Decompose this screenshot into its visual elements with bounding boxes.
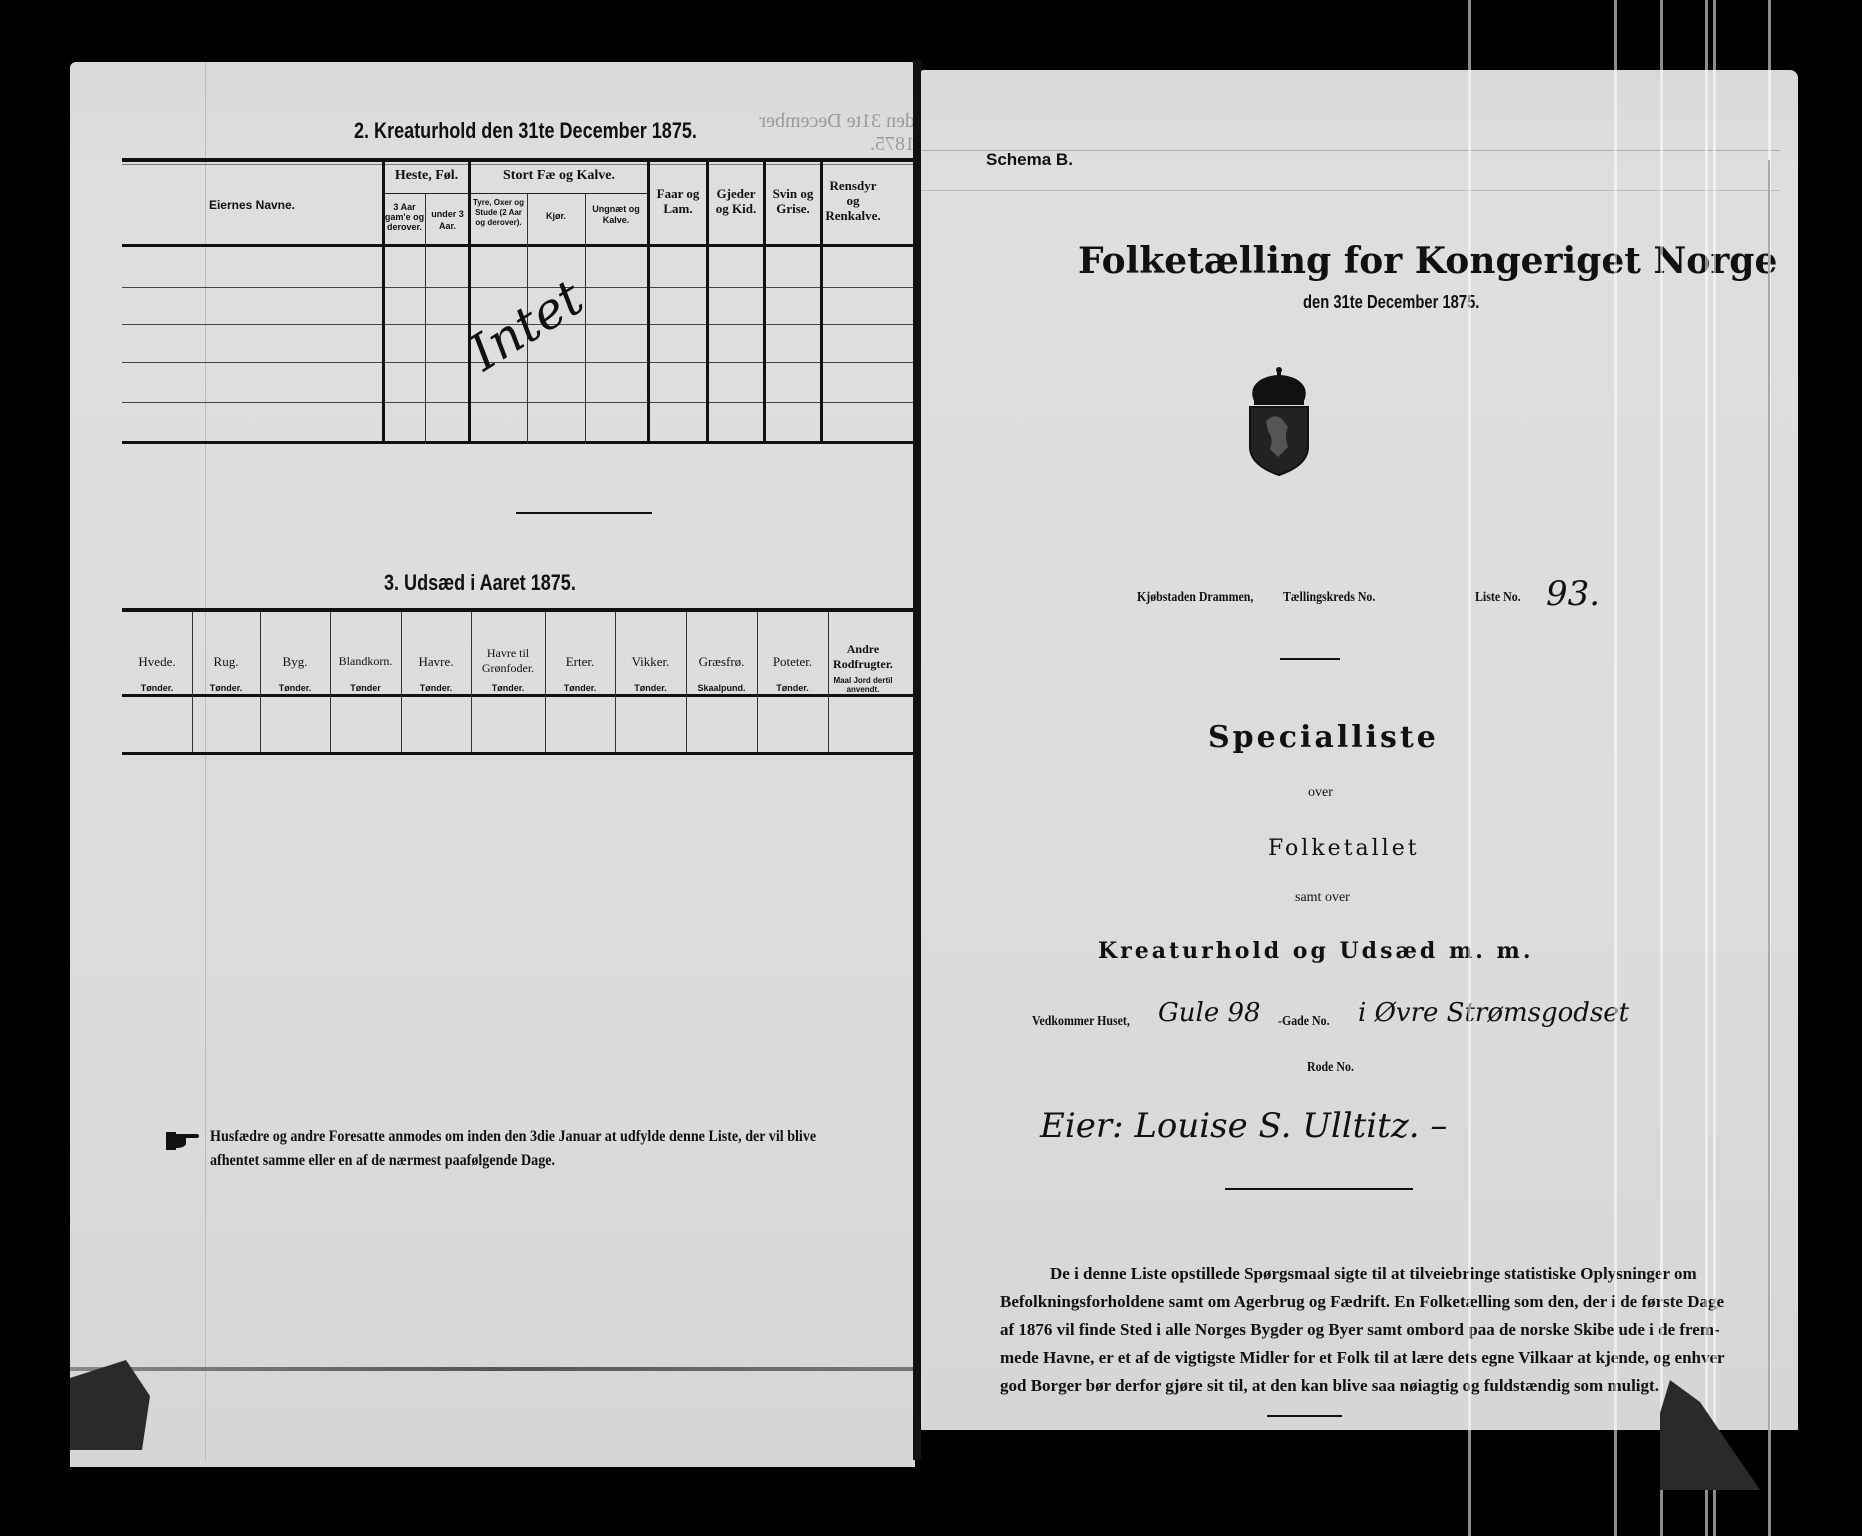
pointing-hand-icon [166, 1130, 196, 1150]
col-wheat: Hvede. [122, 654, 192, 669]
col-green-oats-unit: Tønder. [471, 682, 545, 694]
col-rye: Rug. [192, 654, 260, 669]
divider-signature [1225, 1188, 1413, 1190]
notice-line-1: Husfædre og andre Foresatte anmodes om i… [210, 1128, 816, 1146]
street-number-label: -Gade No. [1278, 1014, 1330, 1030]
header-cows: Kjør. [527, 210, 585, 222]
col-barley-unit: Tønder. [260, 682, 330, 694]
over-text: over [1308, 785, 1333, 801]
book-gutter [913, 60, 921, 1460]
header-cattle: Stort Fæ og Kalve. [471, 168, 647, 183]
scan-artifact [1713, 0, 1716, 1536]
col-vetch: Vikker. [615, 654, 686, 669]
special-list-title: Specialliste [1208, 720, 1439, 755]
right-page: Schema B. Folketælling for Kongeriget No… [920, 70, 1798, 1430]
header-sheep: Faar og Lam. [650, 186, 706, 216]
header-horses: Heste, Føl. [385, 168, 468, 183]
paragraph-line: god Borger bør derfor gjøre sit til, at … [1000, 1372, 1700, 1400]
col-other-roots-unit: Maal Jord dertil anvendt. [828, 676, 898, 694]
header-horses-3yr: 3 Aar gam'e og derover. [383, 202, 426, 232]
margin-rule [205, 62, 206, 1462]
ward-label: Rode No. [1307, 1060, 1354, 1076]
scan-artifact [1660, 0, 1663, 1536]
samt-over-text: samt over [1295, 890, 1350, 906]
col-grass-seed: Græsfrø. [686, 654, 757, 669]
col-potatoes: Poteter. [757, 654, 828, 669]
col-wheat-unit: Tønder. [122, 682, 192, 694]
document-date: den 31te December 1875. [1303, 292, 1479, 313]
header-reindeer: Rensdyr og Renkalve. [822, 178, 884, 223]
header-owner-names: Eiernes Navne. [122, 198, 382, 213]
header-pigs: Svin og Grise. [766, 186, 820, 216]
scan-artifact [1705, 0, 1708, 1536]
notice-line-2: afhentet samme eller en af de nærmest pa… [210, 1152, 555, 1170]
divider-short [1280, 658, 1340, 660]
col-potatoes-unit: Tønder. [757, 682, 828, 694]
coat-of-arms-icon [1244, 365, 1314, 477]
list-label: Liste No. [1475, 590, 1521, 606]
street-handwritten: Gule 98 [1158, 998, 1261, 1028]
col-peas-unit: Tønder. [545, 682, 615, 694]
paragraph-line: mede Havne, er et af de vigtigste Midler… [1000, 1344, 1700, 1372]
col-mixed-grain: Blandkorn. [330, 654, 401, 669]
city-label: Kjøbstaden Drammen, [1137, 590, 1253, 606]
section3-title: 3. Udsæd i Aaret 1875. [384, 570, 576, 596]
bleed-through-text: den 31te December 1875. [730, 110, 915, 156]
col-grass-seed-unit: Skaalpund. [686, 682, 757, 694]
col-oats: Havre. [401, 654, 471, 669]
col-other-roots: Andre Rodfrugter. [828, 642, 898, 672]
col-vetch-unit: Tønder. [615, 682, 686, 694]
section-divider [516, 512, 652, 514]
col-mixed-grain-unit: Tønder [330, 682, 401, 694]
col-rye-unit: Tønder. [192, 682, 260, 694]
header-horses-under3: under 3 Aar. [426, 208, 469, 232]
header-bulls-oxen: Tyre, Oxer og Stude (2 Aar og derover). [470, 198, 527, 228]
page-fold [70, 1367, 915, 1371]
left-page: den 31te December 1875. 2. Kreaturhold d… [70, 62, 915, 1467]
scan-artifact [1468, 0, 1471, 1536]
document-title: Folketælling for Kongeriget Norge [1078, 240, 1777, 282]
col-oats-unit: Tønder. [401, 682, 471, 694]
paragraph-line: Befolkningsforholdene samt om Agerbrug o… [1000, 1288, 1700, 1316]
scan-artifact [1614, 0, 1617, 1536]
col-green-oats: Havre til Grønfoder. [471, 646, 545, 676]
owner-handwritten: Eier: Louise S. Ulltitz. – [1040, 1106, 1447, 1146]
divider-bottom [1267, 1415, 1342, 1417]
paragraph-line: af 1876 vil finde Sted i alle Norges Byg… [1000, 1316, 1700, 1344]
paragraph-line: De i denne Liste opstillede Spørgsmaal s… [1000, 1260, 1700, 1288]
explanatory-paragraph: De i denne Liste opstillede Spørgsmaal s… [1000, 1260, 1700, 1400]
schema-label: Schema B. [986, 150, 1073, 170]
scan-artifact [1768, 0, 1771, 1536]
district-label: Tællingskreds No. [1283, 590, 1375, 606]
list-number: 93. [1546, 574, 1600, 614]
section2-title: 2. Kreaturhold den 31te December 1875. [354, 118, 697, 144]
col-barley: Byg. [260, 654, 330, 669]
house-label: Vedkommer Huset, [1032, 1014, 1130, 1030]
col-peas: Erter. [545, 654, 615, 669]
population-title: Folketallet [1268, 836, 1420, 861]
header-young-cattle: Ungnæt og Kalve. [585, 204, 647, 226]
parish-handwritten: i Øvre Strømsgodset [1358, 998, 1629, 1028]
header-goats: Gjeder og Kid. [709, 186, 763, 216]
